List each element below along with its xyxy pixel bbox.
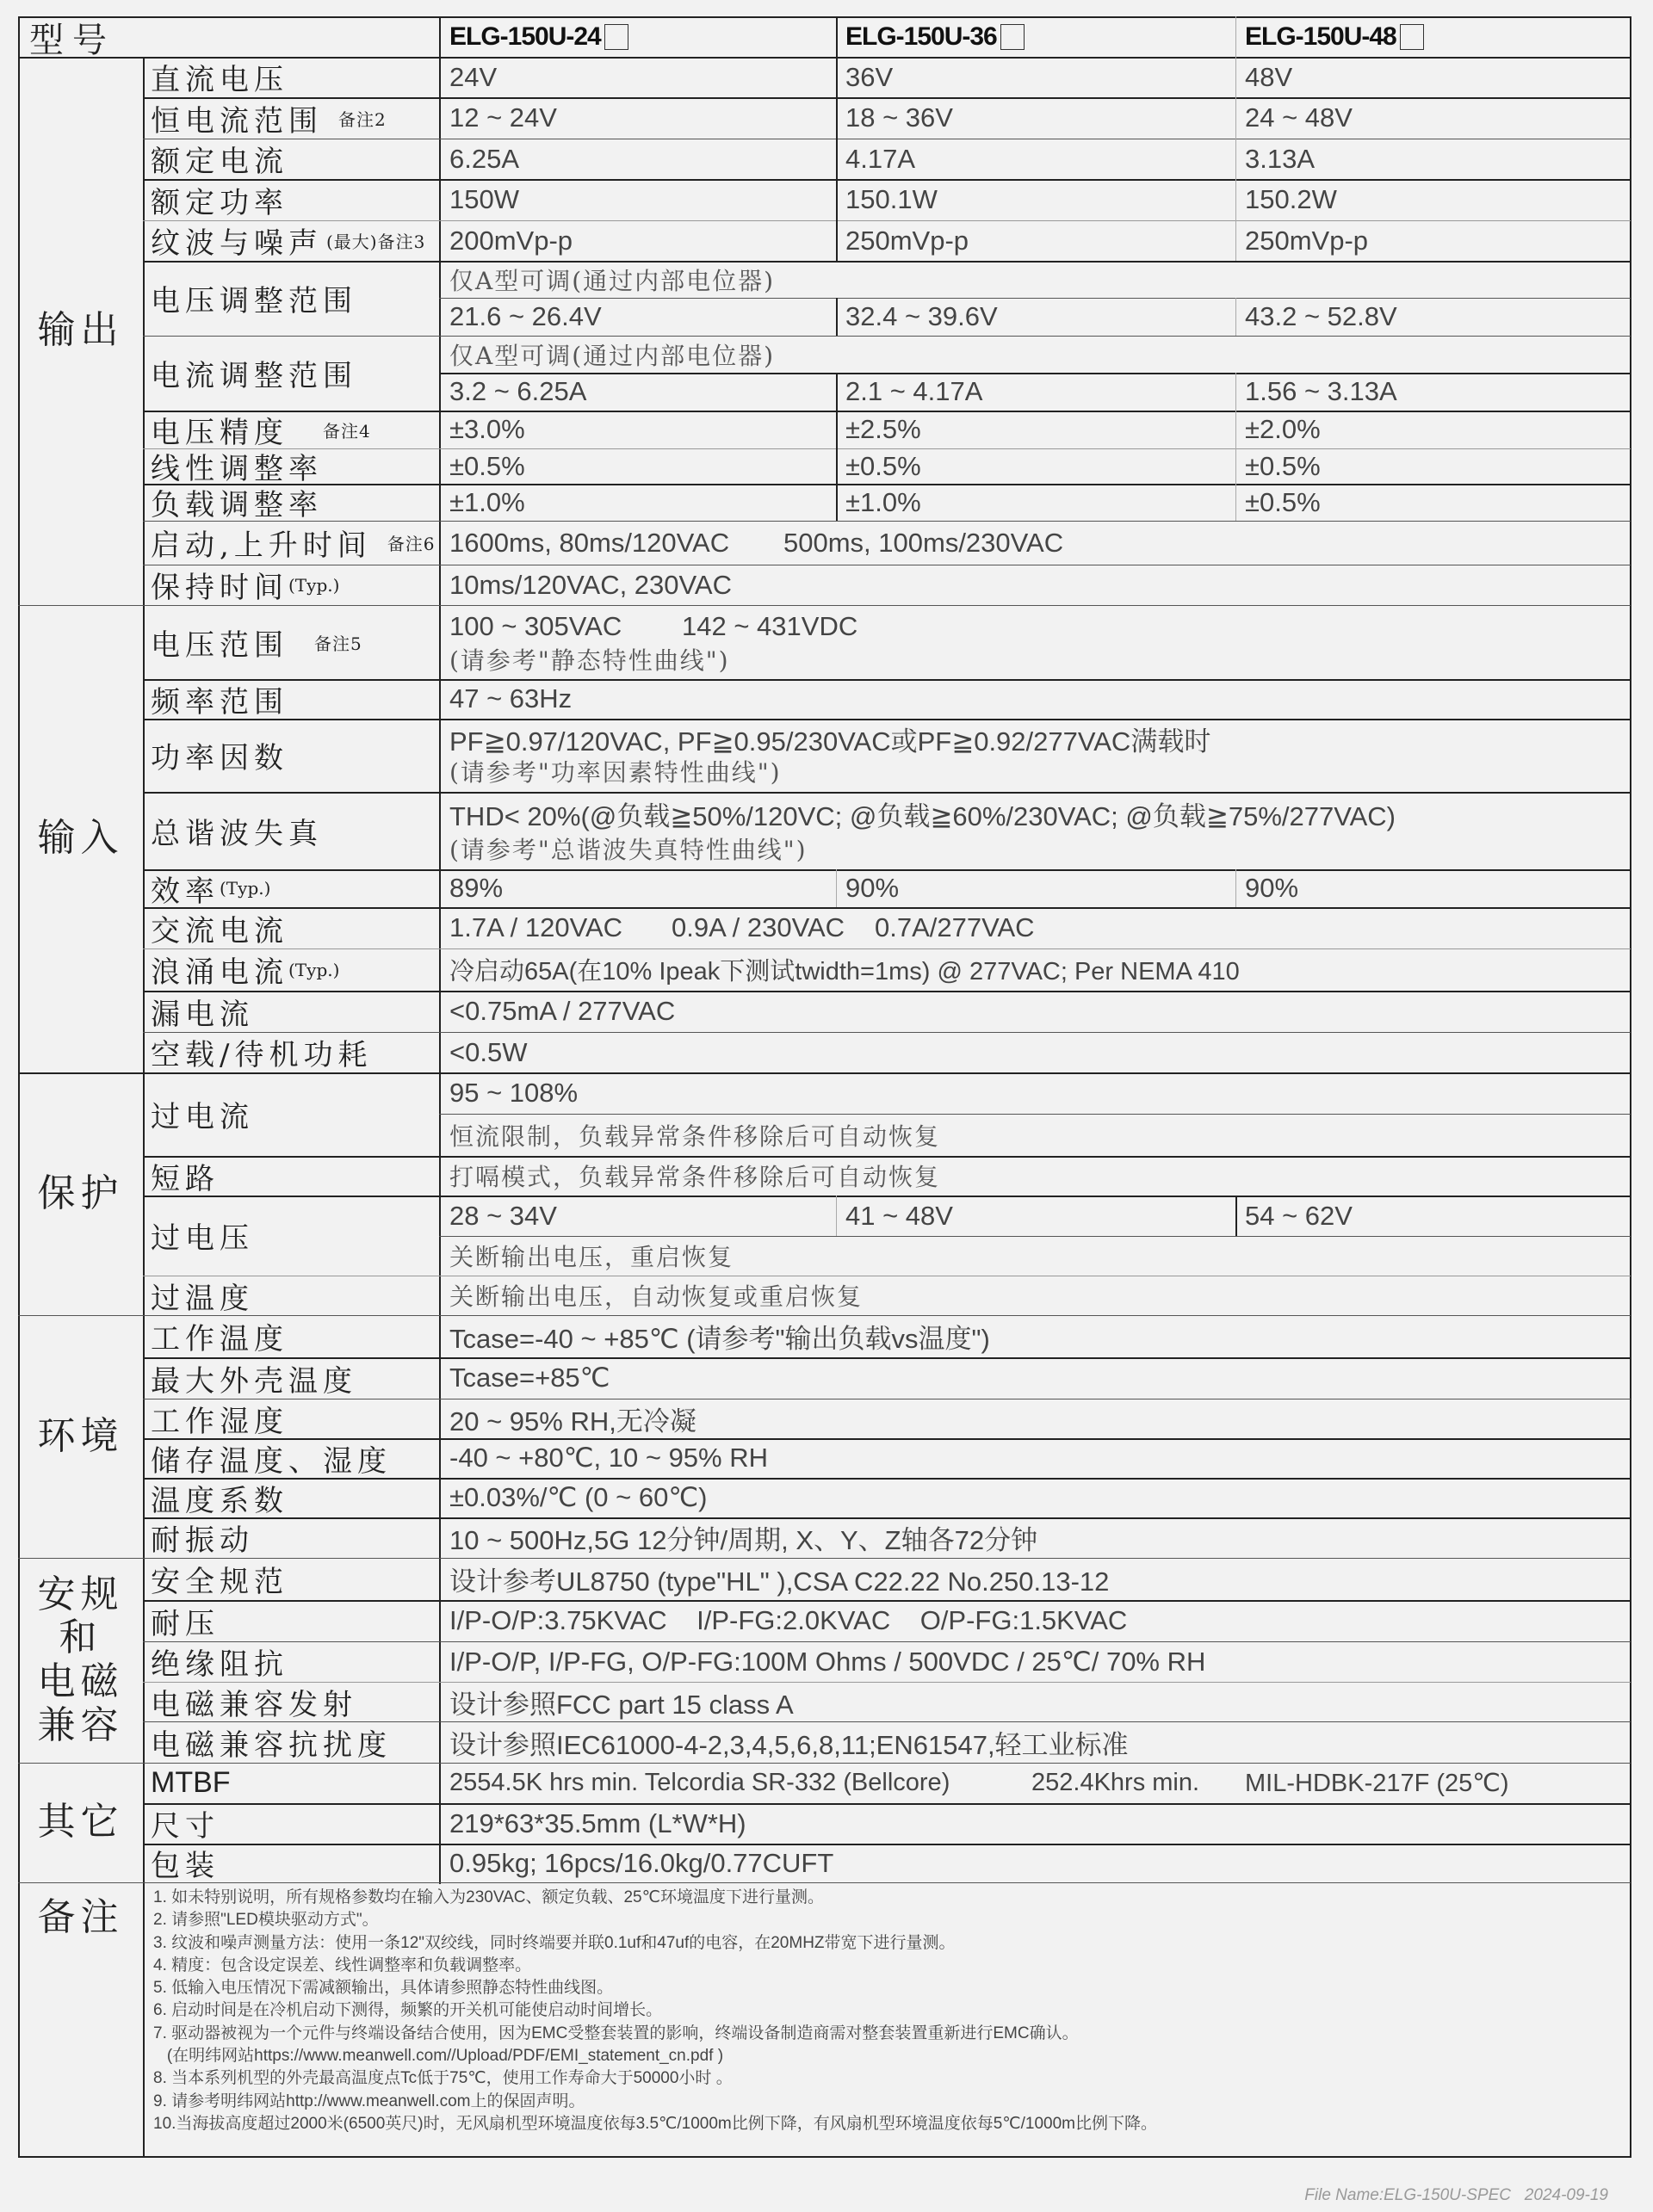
label-over-temp: 过温度 [151, 1276, 435, 1315]
value: 200mVp-p [449, 220, 573, 261]
value: 20 ~ 95% RH,无冷凝 [449, 1399, 696, 1438]
value: Tcase=+85℃ [449, 1357, 610, 1399]
col-line [1235, 869, 1236, 907]
description: 关断输出电压，重启恢复 [449, 1236, 734, 1276]
value: 41 ~ 48V [845, 1196, 953, 1236]
category-line: 和 [59, 1616, 102, 1660]
col-divider-header-1 [836, 16, 838, 58]
value: 4.17A [845, 139, 915, 179]
value: <0.5W [449, 1032, 527, 1072]
value: 3.2 ~ 6.25A [449, 373, 586, 411]
model-label: 型号 [29, 17, 115, 57]
label-working-temp: 工作温度 [151, 1315, 435, 1357]
label-voltage-range: 电压范围备注5 [151, 605, 435, 679]
model-name: ELG-150U-36 [845, 22, 997, 52]
value: 100 ~ 305VAC [449, 609, 622, 644]
label-isolation: 绝缘阻抗 [151, 1641, 435, 1682]
label-thd: 总谐波失真 [151, 792, 435, 869]
label-rated-current: 额定电流 [151, 139, 435, 179]
label-line-reg: 线性调整率 [151, 448, 435, 484]
value: 89% [449, 869, 503, 907]
col-divider-header-2 [1235, 16, 1236, 58]
label-text: 纹波与噪声 [151, 219, 323, 262]
note-ref: (最大)备注3 [326, 228, 425, 253]
value: ±2.5% [845, 411, 921, 448]
model-col-3: ELG-150U-48 [1245, 17, 1424, 57]
value: 150W [449, 179, 519, 220]
model-col-2: ELG-150U-36 [845, 17, 1025, 57]
label-vibration: 耐振动 [151, 1517, 435, 1558]
value: <0.75mA / 277VAC [449, 991, 675, 1032]
value: 6.25A [449, 139, 519, 179]
category-output: 输出 [18, 57, 143, 605]
label-text: 效率 [151, 868, 220, 910]
value: 0.7A/277VAC [875, 907, 1035, 948]
value: I/P-O/P:3.75KVAC I/P-FG:2.0KVAC O/P-FG:1… [449, 1600, 1127, 1641]
value: 142 ~ 431VDC [682, 609, 857, 644]
value: -40 ~ +80℃, 10 ~ 95% RH [449, 1438, 768, 1478]
label-load-reg: 负载调整率 [151, 484, 435, 521]
col-line [836, 298, 838, 336]
note-ref: (Typ.) [288, 960, 339, 980]
label-text: 浪涌电流 [151, 948, 288, 991]
category-line: 兼容 [38, 1704, 124, 1748]
label-setup-rise: 启动,上升时间备注6 [151, 521, 435, 565]
label-inrush: 浪涌电流(Typ.) [151, 948, 435, 991]
label-text: 启动,上升时间 [151, 522, 372, 564]
label-no-load: 空载/待机功耗 [151, 1032, 435, 1072]
value: 90% [1245, 869, 1298, 907]
label-max-case-temp: 最大外壳温度 [151, 1357, 435, 1399]
description: 关断输出电压，自动恢复或重启恢复 [449, 1276, 863, 1315]
value: 150.2W [1245, 179, 1337, 220]
value: 95 ~ 108% [449, 1072, 578, 1114]
note-item: (在明纬网站https://www.meanwell.com//Upload/P… [153, 2045, 1617, 2067]
row-line [439, 298, 1631, 299]
table-right-border [1630, 16, 1631, 2158]
suffix-box-icon [604, 24, 628, 50]
label-safety-std: 安全规范 [151, 1558, 435, 1600]
category-environment: 环境 [18, 1315, 143, 1558]
label-dimension: 尺寸 [151, 1803, 435, 1844]
note-item: 4. 精度：包含设定误差、线性调整率和负载调整率。 [153, 1955, 1617, 1977]
label-voltage-adj: 电压调整范围 [151, 261, 435, 336]
value: ±0.5% [1245, 448, 1321, 484]
label-text: 恒电流范围 [151, 97, 323, 139]
category-others: 其它 [18, 1763, 143, 1882]
label-storage: 储存温度、湿度 [151, 1438, 435, 1478]
value: 0.95kg; 16pcs/16.0kg/0.77CUFT [449, 1844, 833, 1882]
note-item: 6. 启动时间是在冷机启动下测得，频繁的开关机可能使启动时间增长。 [153, 1999, 1617, 2022]
value: 24V [449, 57, 497, 97]
label-mtbf: MTBF [151, 1763, 435, 1803]
note-item: 1. 如未特别说明，所有规格参数均在输入为230VAC、额定负载、25℃环境温度… [153, 1887, 1617, 1909]
value: 47 ~ 63Hz [449, 679, 572, 719]
value: ±2.0% [1245, 411, 1321, 448]
suffix-box-icon [1400, 24, 1424, 50]
label-value-divider [439, 16, 441, 1884]
value: 36V [845, 57, 893, 97]
label-emc-immunity: 电磁兼容抗扰度 [151, 1721, 435, 1763]
col-line [1235, 298, 1236, 336]
note-item: 7. 驱动器被视为一个元件与终端设备结合使用，因为EMC受整套装置的影响，终端设… [153, 2023, 1617, 2045]
value: 54 ~ 62V [1245, 1196, 1353, 1236]
category-line: 电磁 [38, 1660, 124, 1704]
value: MIL-HDBK-217F (25℃) [1245, 1763, 1509, 1803]
note-item: 2. 请参照"LED模块驱动方式"。 [153, 1909, 1617, 1931]
label-ac-current: 交流电流 [151, 907, 435, 948]
col-line [836, 57, 838, 261]
value: 219*63*35.5mm (L*W*H) [449, 1803, 746, 1844]
value: 24 ~ 48V [1245, 97, 1353, 139]
value: 90% [845, 869, 899, 907]
note-item: 10.当海拔高度超过2000米(6500英尺)时，无风扇机型环境温度依每3.5℃… [153, 2113, 1617, 2135]
model-name: ELG-150U-48 [1245, 22, 1396, 52]
value: 10 ~ 500Hz,5G 12分钟/周期, X、Y、Z轴各72分钟 [449, 1517, 1037, 1558]
note-ref: 备注6 [387, 530, 436, 555]
note-ref: 备注2 [338, 106, 387, 131]
suffix-box-icon [1000, 24, 1025, 50]
label-over-voltage: 过电压 [151, 1196, 435, 1276]
value: 43.2 ~ 52.8V [1245, 298, 1397, 336]
value: 10ms/120VAC, 230VAC [449, 565, 732, 605]
value: 冷启动65A(在10% Ipeak下测试twidth=1ms) @ 277VAC… [449, 948, 1240, 991]
reference: (请参考"功率因素特性曲线") [449, 754, 782, 788]
label-current-adj: 电流调整范围 [151, 336, 435, 411]
value: 28 ~ 34V [449, 1196, 557, 1236]
reference: (请参考"静态特性曲线") [449, 642, 730, 677]
category-notes: 备注 [18, 1885, 143, 1950]
label-over-current: 过电流 [151, 1072, 435, 1156]
span-text: 仅A型可调(通过内部电位器) [449, 261, 775, 298]
value: ±0.5% [449, 448, 525, 484]
label-temp-coeff: 温度系数 [151, 1478, 435, 1517]
value: 2.1 ~ 4.17A [845, 373, 982, 411]
value: 设计参照FCC part 15 class A [449, 1682, 794, 1721]
note-item: 8. 当本系列机型的外壳最高温度点Tc低于75℃，使用工作寿命大于50000小时… [153, 2067, 1617, 2090]
category-safety-emc: 安规 和 电磁 兼容 [18, 1558, 143, 1763]
note-ref: 备注5 [314, 630, 362, 655]
col-line [1235, 57, 1236, 261]
section-sep-notes [18, 1882, 1631, 1883]
note-ref: (Typ.) [220, 878, 270, 899]
span-text: 仅A型可调(通过内部电位器) [449, 336, 775, 373]
value: THD< 20%(@负载≧50%/120VC; @负载≧60%/230VAC; … [449, 796, 1396, 831]
label-text: 保持时间 [151, 564, 288, 606]
category-protection: 保护 [18, 1072, 143, 1315]
category-line: 安规 [38, 1573, 124, 1617]
label-hold-up: 保持时间(Typ.) [151, 565, 435, 605]
model-name: ELG-150U-24 [449, 22, 601, 52]
table-bottom-border [18, 2156, 1631, 2158]
model-col-1: ELG-150U-24 [449, 17, 628, 57]
value: 12 ~ 24V [449, 97, 557, 139]
value: 2554.5K hrs min. Telcordia SR-332 (Bellc… [449, 1763, 950, 1803]
value: 48V [1245, 57, 1292, 97]
label-emc-emission: 电磁兼容发射 [151, 1682, 435, 1721]
value: 设计参考UL8750 (type"HL" ),CSA C22.22 No.250… [449, 1558, 1109, 1600]
description: 打嗝模式，负载异常条件移除后可自动恢复 [449, 1156, 940, 1196]
col-line [836, 1196, 837, 1236]
col-line [1235, 373, 1236, 521]
value: 1600ms, 80ms/120VAC [449, 521, 729, 565]
label-efficiency: 效率(Typ.) [151, 869, 435, 907]
label-voltage-tol: 电压精度备注4 [151, 411, 435, 448]
category-divider [143, 57, 145, 2157]
label-freq-range: 频率范围 [151, 679, 435, 719]
value: ±0.03%/℃ (0 ~ 60℃) [449, 1478, 707, 1517]
value: 500ms, 100ms/230VAC [783, 521, 1063, 565]
label-packing: 包装 [151, 1844, 435, 1882]
value: ±0.5% [845, 448, 921, 484]
value: 250mVp-p [1245, 220, 1368, 261]
value: 3.13A [1245, 139, 1315, 179]
value: 设计参照IEC61000-4-2,3,4,5,6,8,11;EN61547,轻工… [449, 1721, 1129, 1763]
value: 0.9A / 230VAC [672, 907, 845, 948]
col-line [1235, 1196, 1237, 1236]
label-leakage: 漏电流 [151, 991, 435, 1032]
value: ±1.0% [449, 484, 525, 521]
note-ref: (Typ.) [288, 575, 339, 596]
value: ±0.5% [1245, 484, 1321, 521]
value: 150.1W [845, 179, 938, 220]
value: I/P-O/P, I/P-FG, O/P-FG:100M Ohms / 500V… [449, 1641, 1205, 1682]
value: 1.56 ~ 3.13A [1245, 373, 1397, 411]
note-ref: 备注4 [323, 417, 371, 442]
label-ripple: 纹波与噪声(最大)备注3 [151, 220, 435, 261]
value: ±1.0% [845, 484, 921, 521]
label-dc-voltage: 直流电压 [151, 57, 435, 97]
note-item: 3. 纹波和噪声测量方法：使用一条12"双绞线，同时终端要并联0.1uf和47u… [153, 1932, 1617, 1955]
note-item: 9. 请参考明纬网站http://www.meanwell.com上的保固声明。 [153, 2091, 1617, 2113]
value: 21.6 ~ 26.4V [449, 298, 602, 336]
label-cc-range: 恒电流范围备注2 [151, 97, 435, 139]
label-text: 电压范围 [151, 621, 288, 664]
col-line [836, 373, 838, 521]
reference: (请参考"总谐波失真特性曲线") [449, 831, 808, 866]
label-power-factor: 功率因数 [151, 719, 435, 792]
label-withstand: 耐压 [151, 1600, 435, 1641]
value: Tcase=-40 ~ +85℃ (请参考"输出负载vs温度") [449, 1315, 990, 1357]
note-item: 5. 低输入电压情况下需减额输出，具体请参照静态特性曲线图。 [153, 1977, 1617, 1999]
col-line [836, 869, 837, 907]
value: 250mVp-p [845, 220, 969, 261]
label-working-humidity: 工作湿度 [151, 1399, 435, 1438]
file-name-footer: File Name:ELG-150U-SPEC 2024-09-19 [1304, 2186, 1608, 2205]
label-short-circuit: 短路 [151, 1156, 435, 1196]
value: ±3.0% [449, 411, 525, 448]
value: 252.4Khrs min. [1031, 1763, 1199, 1803]
category-input: 输入 [18, 605, 143, 1072]
notes-list: 1. 如未特别说明，所有规格参数均在输入为230VAC、额定负载、25℃环境温度… [153, 1887, 1617, 2135]
value: 18 ~ 36V [845, 97, 953, 139]
value: 32.4 ~ 39.6V [845, 298, 998, 336]
value: PF≧0.97/120VAC, PF≧0.95/230VAC或PF≧0.92/2… [449, 721, 1210, 756]
label-rated-power: 额定功率 [151, 179, 435, 220]
row-line [439, 373, 1631, 374]
value: 1.7A / 120VAC [449, 907, 622, 948]
description: 恒流限制，负载异常条件移除后可自动恢复 [449, 1114, 940, 1156]
